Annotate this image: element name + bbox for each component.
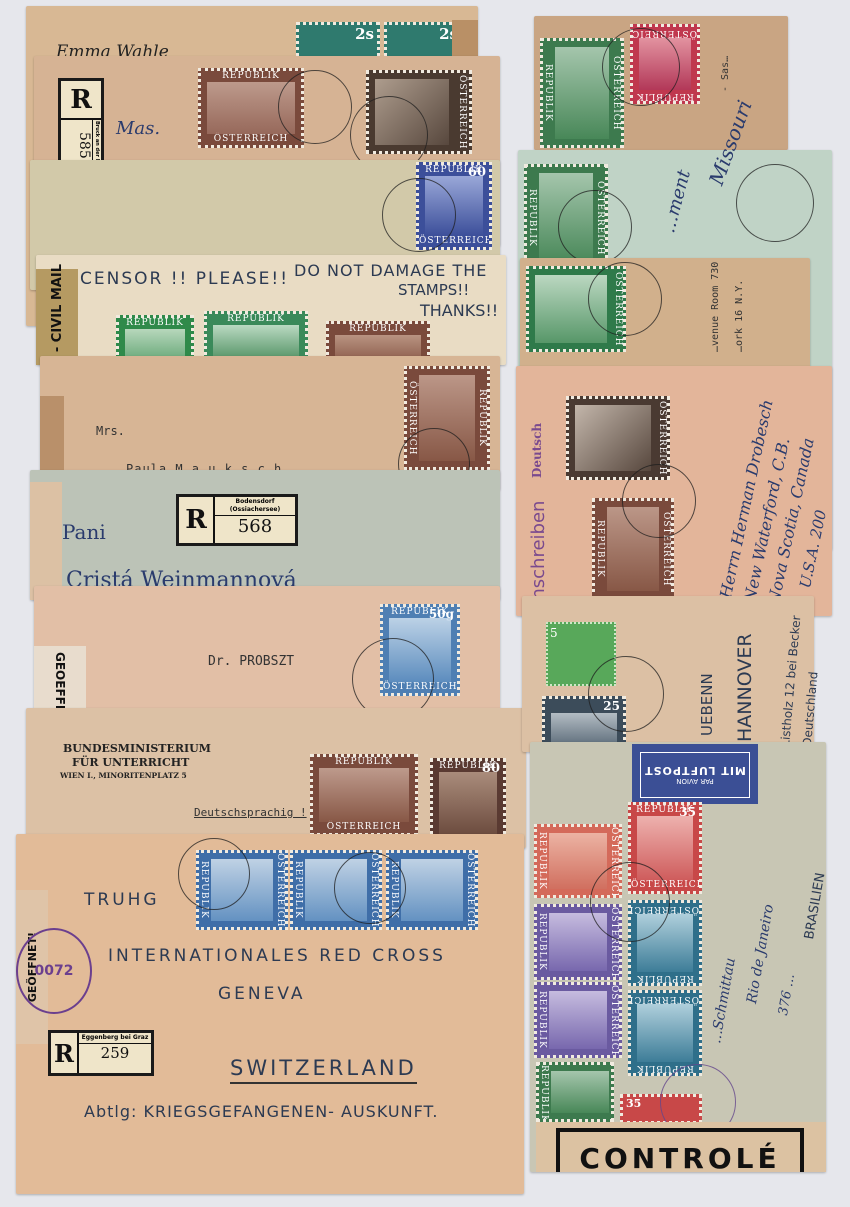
note-line: THANKS!! xyxy=(420,301,498,320)
postmark-graz-eggenberg xyxy=(334,852,406,924)
geoeffnet-tape: GEOEFFN… xyxy=(34,646,86,710)
civil-mail-tape: … - CIVIL MAIL xyxy=(36,269,78,365)
note-line: CENSOR !! PLEASE!! xyxy=(80,269,289,289)
card-1: REPUBLIK ÖSTERREICH ÖSTERREICH REPUBLIK … xyxy=(534,16,788,150)
postmark xyxy=(588,656,664,732)
note-line: STAMPS!! xyxy=(398,281,469,299)
cover-probszt: GEOEFFN… Dr. PROBSZT REPUBLIK 50g ÖSTERR… xyxy=(34,586,500,710)
stamp-70-blue: ÖSTERREICH REPUBLIK xyxy=(628,990,702,1076)
address-line: Listholz 12 bei Becker xyxy=(778,615,803,747)
address-line: Abtlg: KRIEGSGEFANGENEN- AUSKUNFT. xyxy=(84,1102,438,1121)
postmark-brunswick xyxy=(736,164,814,242)
address-line: SWITZERLAND xyxy=(230,1056,417,1084)
typed-line: …venue Room 730 xyxy=(710,262,721,352)
cover-red-cross-geneva: GEÖFFNET! 0072 R Eggenberg bei Graz 259 … xyxy=(16,834,524,1194)
controle-tape: CONTROLÉ xyxy=(536,1122,826,1172)
card-5-hannover: 5 25 UEBENN HANNOVER Listholz 12 bei Bec… xyxy=(522,596,814,752)
cover-censor-please: … - CIVIL MAIL CENSOR !! PLEASE!! DO NOT… xyxy=(36,255,506,365)
address-line: Deutschland xyxy=(800,671,821,747)
address-line: …Schmittau xyxy=(708,956,739,1044)
postmark-graz-eggenberg xyxy=(178,838,250,910)
stamp-3-green: REPUBLIK xyxy=(536,1062,614,1122)
note-line: DO NOT DAMAGE THE xyxy=(294,261,487,280)
address-line: BRASILIEN xyxy=(802,872,828,941)
postmark-linz xyxy=(588,262,662,336)
handwriting: …ment xyxy=(658,168,695,236)
language-note: Deutschsprachig ! xyxy=(194,806,307,819)
postmark xyxy=(590,862,670,942)
sender-line: WIEN I., MINORITENPLATZ 5 xyxy=(60,771,187,780)
address-line: Dr. PROBSZT xyxy=(208,654,294,669)
cover-airmail-brazil: PAR AVION MIT LUFTPOST REPUBLIK ÖSTERREI… xyxy=(530,742,826,1172)
sender-line: BUNDESMINISTERIUM xyxy=(63,742,211,755)
side-tape xyxy=(30,482,62,600)
address-line: Pani xyxy=(62,520,106,544)
address-line: INTERNATIONALES RED CROSS xyxy=(108,946,446,966)
address-line: GENEVA xyxy=(218,984,306,1004)
deutsch-stamp: Deutsch xyxy=(530,423,544,478)
cover-bundesministerium: BUNDESMINISTERIUM FÜR UNTERRICHT WIEN I.… xyxy=(26,708,526,848)
paper-tape xyxy=(452,20,478,60)
sender-line: FÜR UNTERRICHT xyxy=(72,756,189,769)
card-text: - Sas… xyxy=(720,56,731,92)
address-line: HANNOVER xyxy=(734,633,756,742)
postmark xyxy=(622,464,696,538)
address-line: TRUHG xyxy=(84,890,160,910)
address-line: Mrs. xyxy=(96,424,125,438)
airmail-label: PAR AVION MIT LUFTPOST xyxy=(632,744,758,804)
typed-line: …ork 16 N.Y. xyxy=(734,280,745,352)
postmark xyxy=(558,190,632,264)
postmark xyxy=(602,28,680,106)
card-4-canada: Deutsch Einschreiben ÖSTERREICH REPUBLIK… xyxy=(516,366,832,616)
address-line: U.S.A. 200 xyxy=(796,508,830,590)
cover-weinmannova: R Bodensdorf (Ossiachersee) 568 Pani Cri… xyxy=(30,470,500,600)
british-zone-censor-stamp: 0072 xyxy=(16,928,92,1014)
stamp-80-brown: REPUBLIK 80 xyxy=(430,758,506,842)
card-3-new-york: ÖSTERREICH …venue Room 730 …ork 16 N.Y. xyxy=(520,258,810,368)
registration-label: R Eggenberg bei Graz 259 xyxy=(48,1030,154,1076)
stamp-1s-brown: REPUBLIK ÖSTERREICH xyxy=(310,754,418,836)
stamp-60-violet: REPUBLIK ÖSTERREICH xyxy=(534,982,622,1058)
postmark xyxy=(278,70,352,144)
address-line: 376 … xyxy=(776,973,798,1017)
registration-label: R Bodensdorf (Ossiachersee) 568 xyxy=(176,494,298,546)
addressee: Mas. xyxy=(116,118,160,139)
address-line: Rio de Janeiro xyxy=(744,903,777,1005)
address-line: UEBENN xyxy=(698,673,716,736)
postmark-spittal xyxy=(382,178,456,252)
